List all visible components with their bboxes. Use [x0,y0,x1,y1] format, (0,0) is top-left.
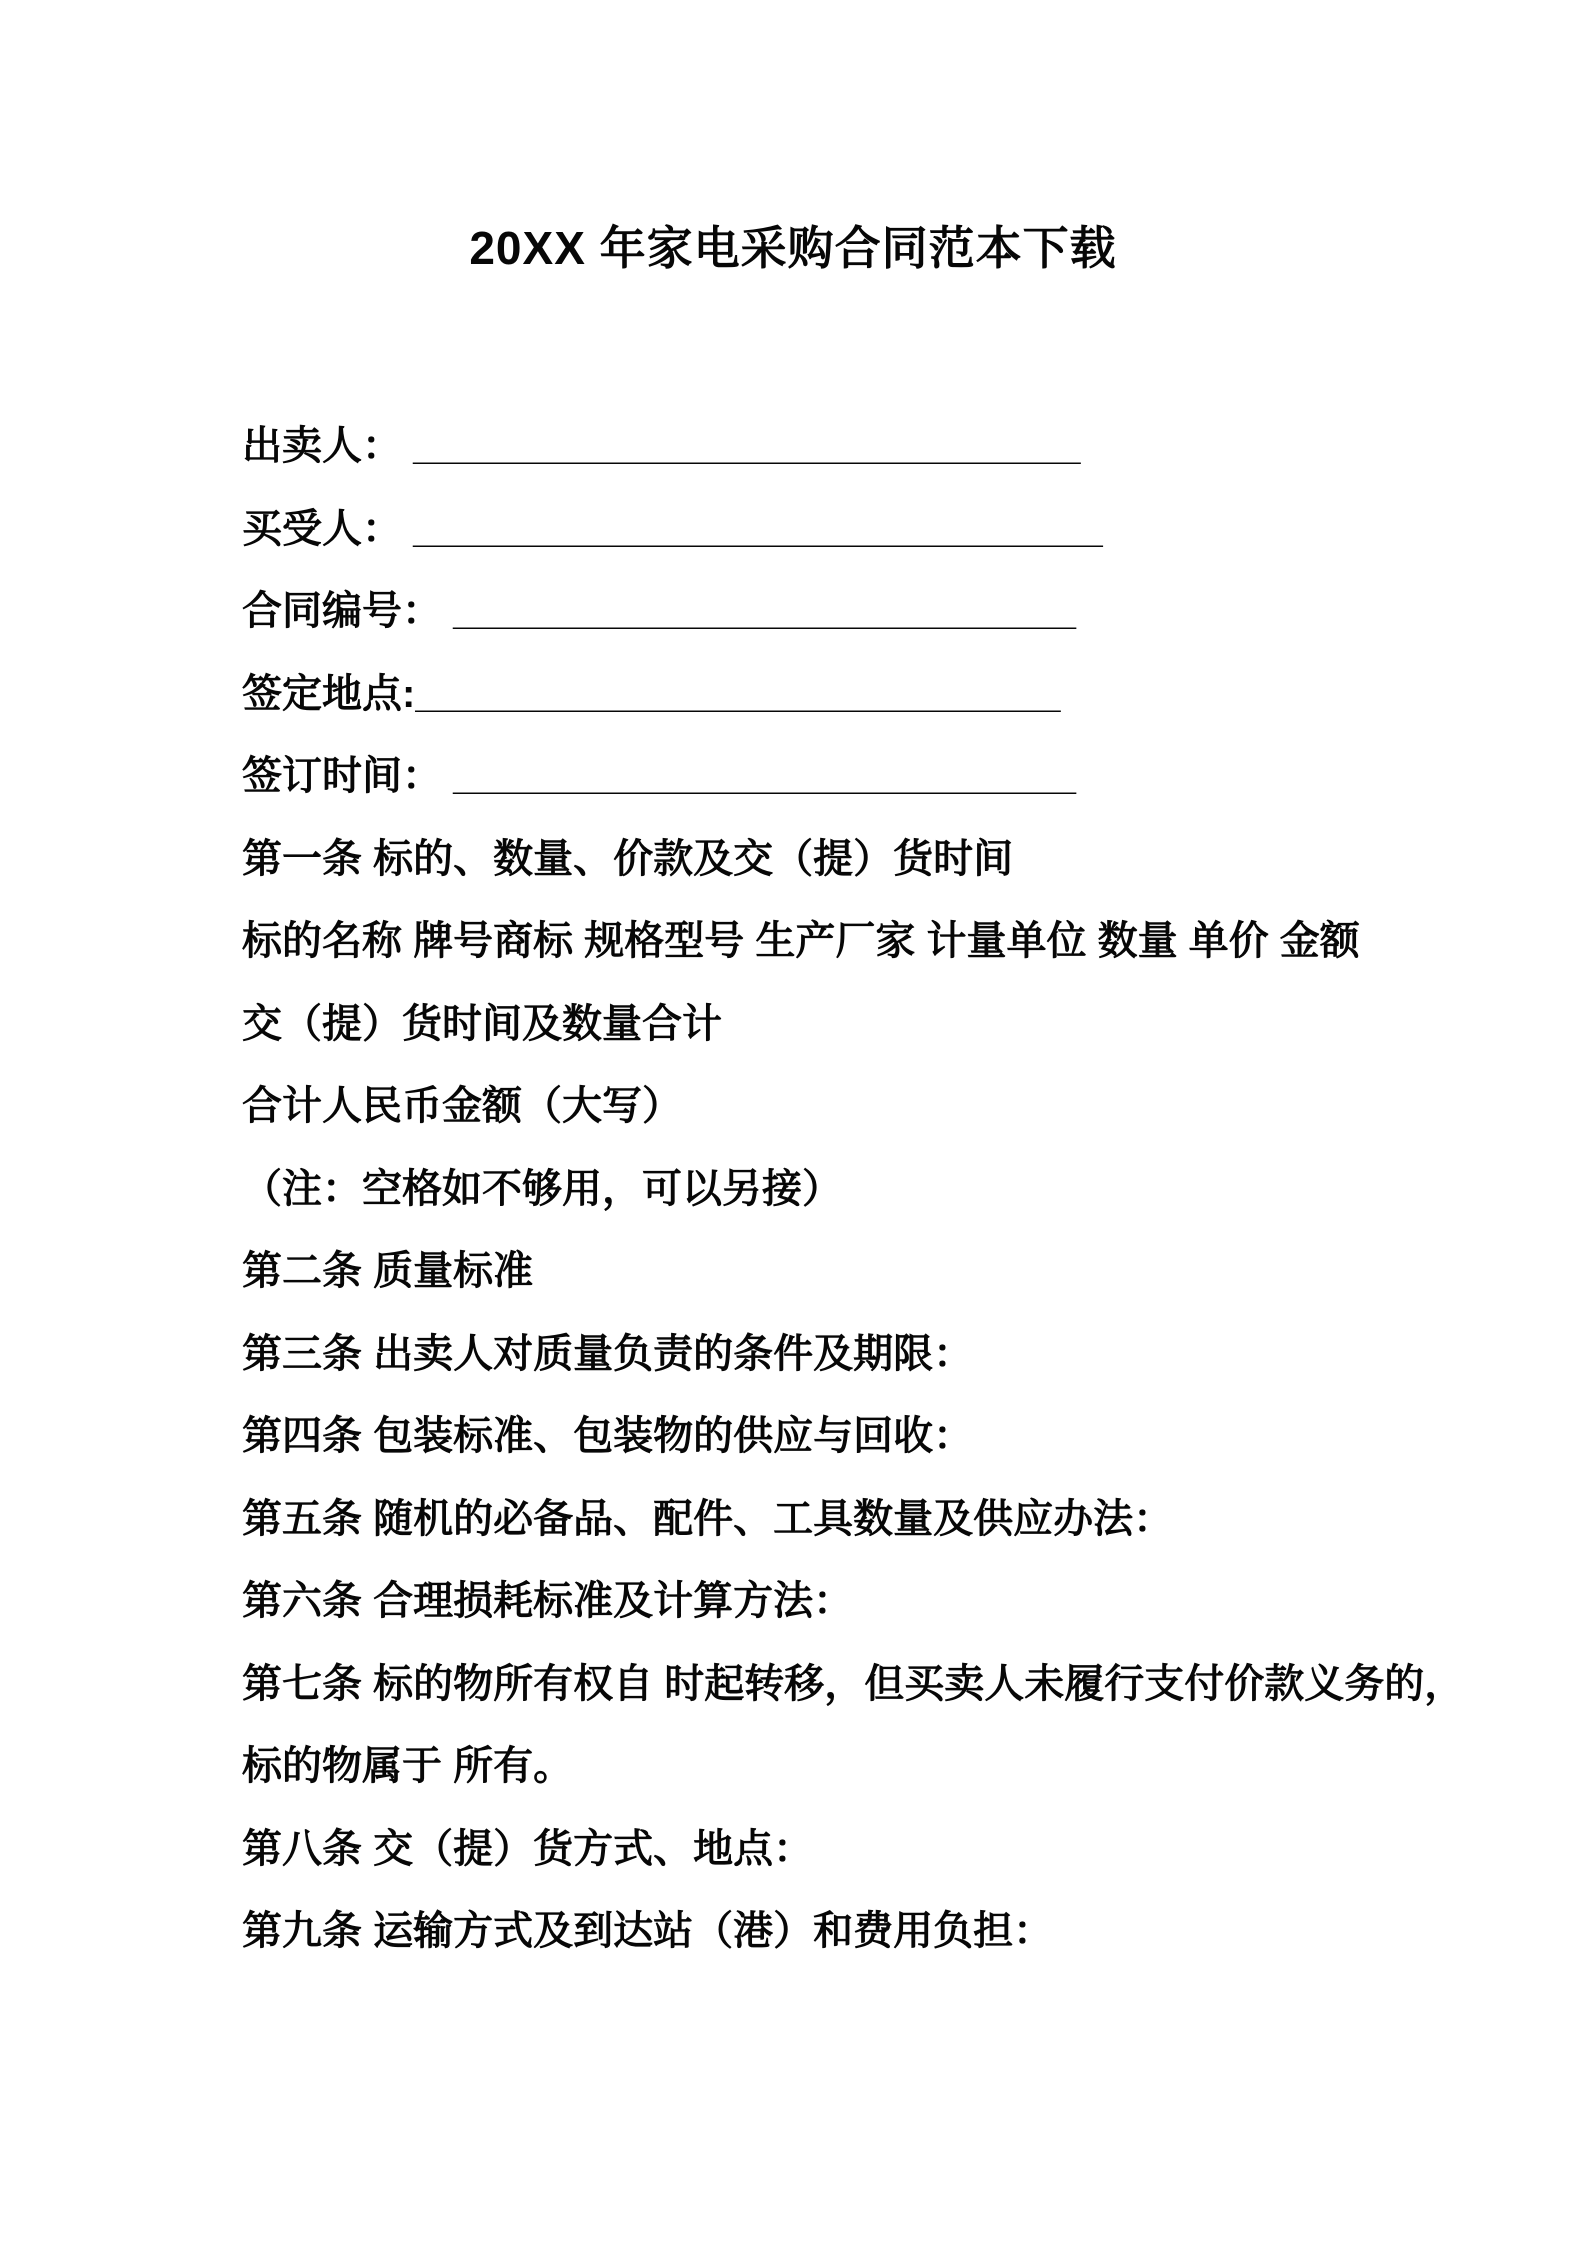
note-extra-space: （注：空格如不够用，可以另接） [242,1148,1476,1231]
contract-document-page: 20XX 年家电采购合同范本下载 出卖人： __________________… [0,0,1586,2244]
goods-column-headers: 标的名称 牌号商标 规格型号 生产厂家 计量单位 数量 单价 金额 [242,900,1476,983]
clause-3-quality-responsibility: 第三条 出卖人对质量负责的条件及期限： [242,1313,1476,1396]
total-amount-in-words: 合计人民币金额（大写） [242,1065,1476,1148]
contract-number-label: 合同编号： [242,589,442,633]
form-line-signing-time: 签订时间： ____________________________ [242,735,1476,818]
clause-5-accessories: 第五条 随机的必备品、配件、工具数量及供应办法： [242,1478,1476,1561]
form-line-signing-place: 签定地点:_____________________________ [242,653,1476,736]
clause-2-quality-standard: 第二条 质量标准 [242,1230,1476,1313]
document-title: 20XX 年家电采购合同范本下载 [0,213,1586,283]
buyer-blank-line: _______________________________ [402,507,1103,551]
signing-place-label: 签定地点: [242,672,415,716]
signing-place-blank-line: _____________________________ [415,672,1060,716]
contract-number-blank-line: ____________________________ [442,589,1076,633]
form-line-seller: 出卖人： ______________________________ [242,405,1476,488]
document-body: 出卖人： ______________________________ 买受人：… [242,405,1476,1973]
clause-6-wear-standard: 第六条 合理损耗标准及计算方法： [242,1560,1476,1643]
clause-7-ownership-transfer-continued: 标的物属于 所有。 [242,1725,1476,1808]
clause-8-delivery-method: 第八条 交（提）货方式、地点： [242,1808,1476,1891]
clause-4-packaging: 第四条 包装标准、包装物的供应与回收： [242,1395,1476,1478]
delivery-time-quantity-total: 交（提）货时间及数量合计 [242,983,1476,1066]
form-line-buyer: 买受人： _______________________________ [242,488,1476,571]
seller-label: 出卖人： [242,424,402,468]
clause-7-ownership-transfer: 第七条 标的物所有权自 时起转移，但买卖人未履行支付价款义务的， [242,1643,1476,1726]
buyer-label: 买受人： [242,507,402,551]
seller-blank-line: ______________________________ [402,424,1081,468]
clause-9-transport-method: 第九条 运输方式及到达站（港）和费用负担： [242,1890,1476,1973]
signing-time-label: 签订时间： [242,754,442,798]
form-line-contract-number: 合同编号： ____________________________ [242,570,1476,653]
signing-time-blank-line: ____________________________ [442,754,1076,798]
clause-1-heading: 第一条 标的、数量、价款及交（提）货时间 [242,818,1476,901]
